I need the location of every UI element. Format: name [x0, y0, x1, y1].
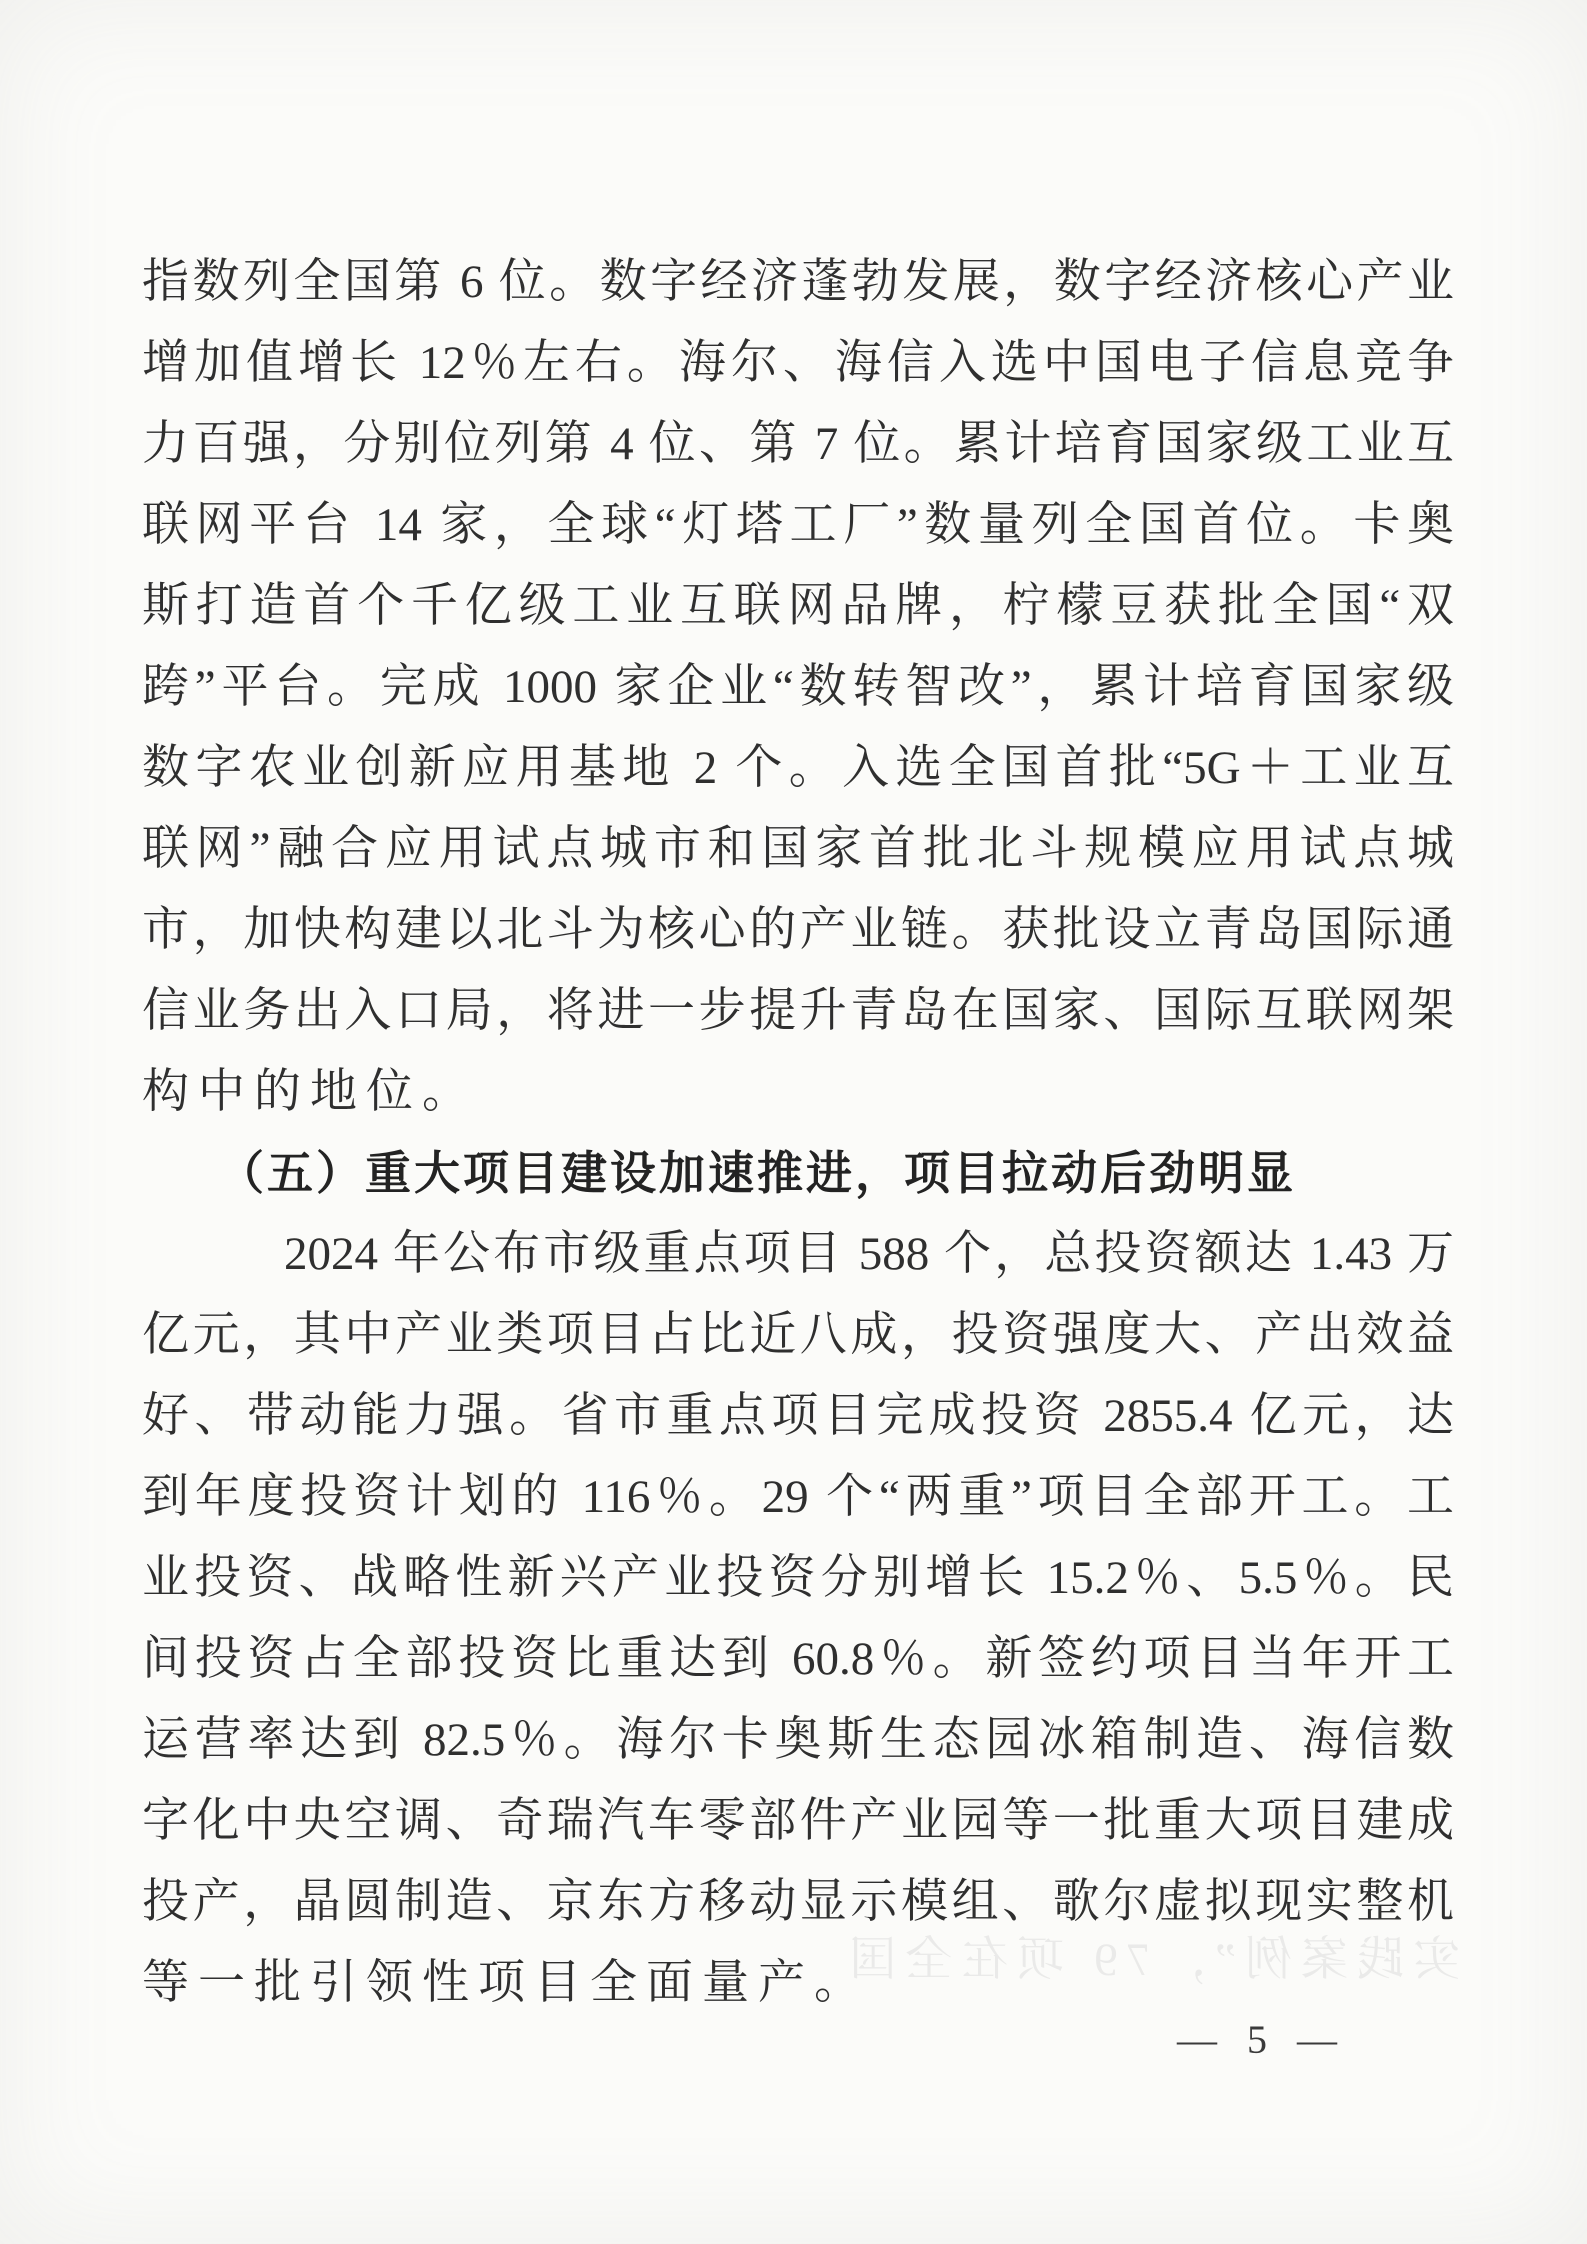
- text-line: 投产，晶圆制造、京东方移动显示模组、歌尔虚拟现实整机: [142, 1862, 1454, 1943]
- text-line: 亿元，其中产业类项目占比近八成，投资强度大、产出效益: [142, 1295, 1454, 1376]
- text-line: 等一批引领性项目全面量产。: [142, 1943, 1454, 2024]
- text-line: 信业务出入口局，将进一步提升青岛在国家、国际互联网架: [142, 971, 1454, 1052]
- text-line: 指数列全国第 6 位。数字经济蓬勃发展，数字经济核心产业: [142, 242, 1454, 323]
- page-number: — 5 —: [1177, 2016, 1347, 2063]
- text-line: 运营率达到 82.5％。海尔卡奥斯生态园冰箱制造、海信数: [142, 1700, 1454, 1781]
- text-line: 跨”平台。完成 1000 家企业“数转智改”，累计培育国家级: [142, 647, 1454, 728]
- text-line: 数字农业创新应用基地 2 个。入选全国首批“5G＋工业互: [142, 728, 1454, 809]
- text-line: 字化中央空调、奇瑞汽车零部件产业园等一批重大项目建成: [142, 1781, 1454, 1862]
- text-line: 到年度投资计划的 116％。29 个“两重”项目全部开工。工: [142, 1457, 1454, 1538]
- text-line: 构中的地位。: [142, 1052, 1454, 1133]
- document-body: 指数列全国第 6 位。数字经济蓬勃发展，数字经济核心产业 增加值增长 12％左右…: [142, 242, 1454, 2024]
- text-line: 间投资占全部投资比重达到 60.8％。新签约项目当年开工: [142, 1619, 1454, 1700]
- text-line: 好、带动能力强。省市重点项目完成投资 2855.4 亿元，达: [142, 1376, 1454, 1457]
- text-line: 增加值增长 12％左右。海尔、海信入选中国电子信息竞争: [142, 323, 1454, 404]
- text-line: 力百强，分别位列第 4 位、第 7 位。累计培育国家级工业互: [142, 404, 1454, 485]
- scanned-document-page: 指数列全国第 6 位。数字经济蓬勃发展，数字经济核心产业 增加值增长 12％左右…: [0, 0, 1587, 2244]
- text-line: 斯打造首个千亿级工业互联网品牌，柠檬豆获批全国“双: [142, 566, 1454, 647]
- text-line: 联网”融合应用试点城市和国家首批北斗规模应用试点城: [142, 809, 1454, 890]
- text-line: 2024 年公布市级重点项目 588 个，总投资额达 1.43 万: [142, 1214, 1454, 1295]
- text-line: 市，加快构建以北斗为核心的产业链。获批设立青岛国际通: [142, 890, 1454, 971]
- text-line: 联网平台 14 家，全球“灯塔工厂”数量列全国首位。卡奥: [142, 485, 1454, 566]
- section-heading: （五）重大项目建设加速推进，项目拉动后劲明显: [142, 1133, 1454, 1214]
- text-line: 业投资、战略性新兴产业投资分别增长 15.2％、5.5％。民: [142, 1538, 1454, 1619]
